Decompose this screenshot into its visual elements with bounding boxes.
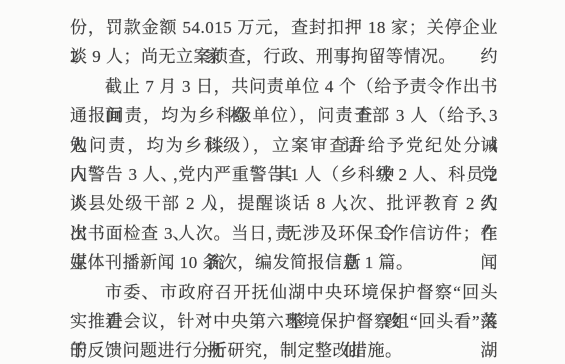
text-line: 实推进会议，针对中央第六环境保护督察组“回头看”关于抚仙湖 [70,307,498,336]
text-line: 截止 7 月 3 日，共问责单位 4 个（给予责令作出书面检查、 [70,72,498,101]
text-line: 谈县处级干部 2 人，提醒谈话 8 人次、批评教育 2 人次、责令作 [70,189,498,218]
text-line: 出书面检查 3 人次。当日，无涉及环保工作信访件；在主流新闻 [70,219,498,248]
text-line: 内警告 3 人、党内严重警告 1 人（乡科级 2 人、科员 2 人）；约 [70,160,498,189]
document-text-block: 份，罚款金额 54.015 万元，查封扣押 18 家；关停企业 2 家，约谈 9… [70,13,498,364]
text-line: 份，罚款金额 54.015 万元，查封扣押 18 家；关停企业 2 家，约 [70,13,498,42]
text-line: 勉问责，均为乡科级），立案审查并给予党纪处分 4 人，其中党 [70,131,498,160]
text-line: 市委、市政府召开抚仙湖中央环境保护督察“回头看”整改落 [70,278,498,307]
document-page: 份，罚款金额 54.015 万元，查封扣押 18 家；关停企业 2 家，约谈 9… [0,0,565,364]
text-line: 通报问责，均为乡科级单位），问责干部 3 人（给予 3 人谈话诫 [70,101,498,130]
text-line: 谈 9 人；尚无立案侦查，行政、刑事拘留等情况。 [70,42,498,71]
